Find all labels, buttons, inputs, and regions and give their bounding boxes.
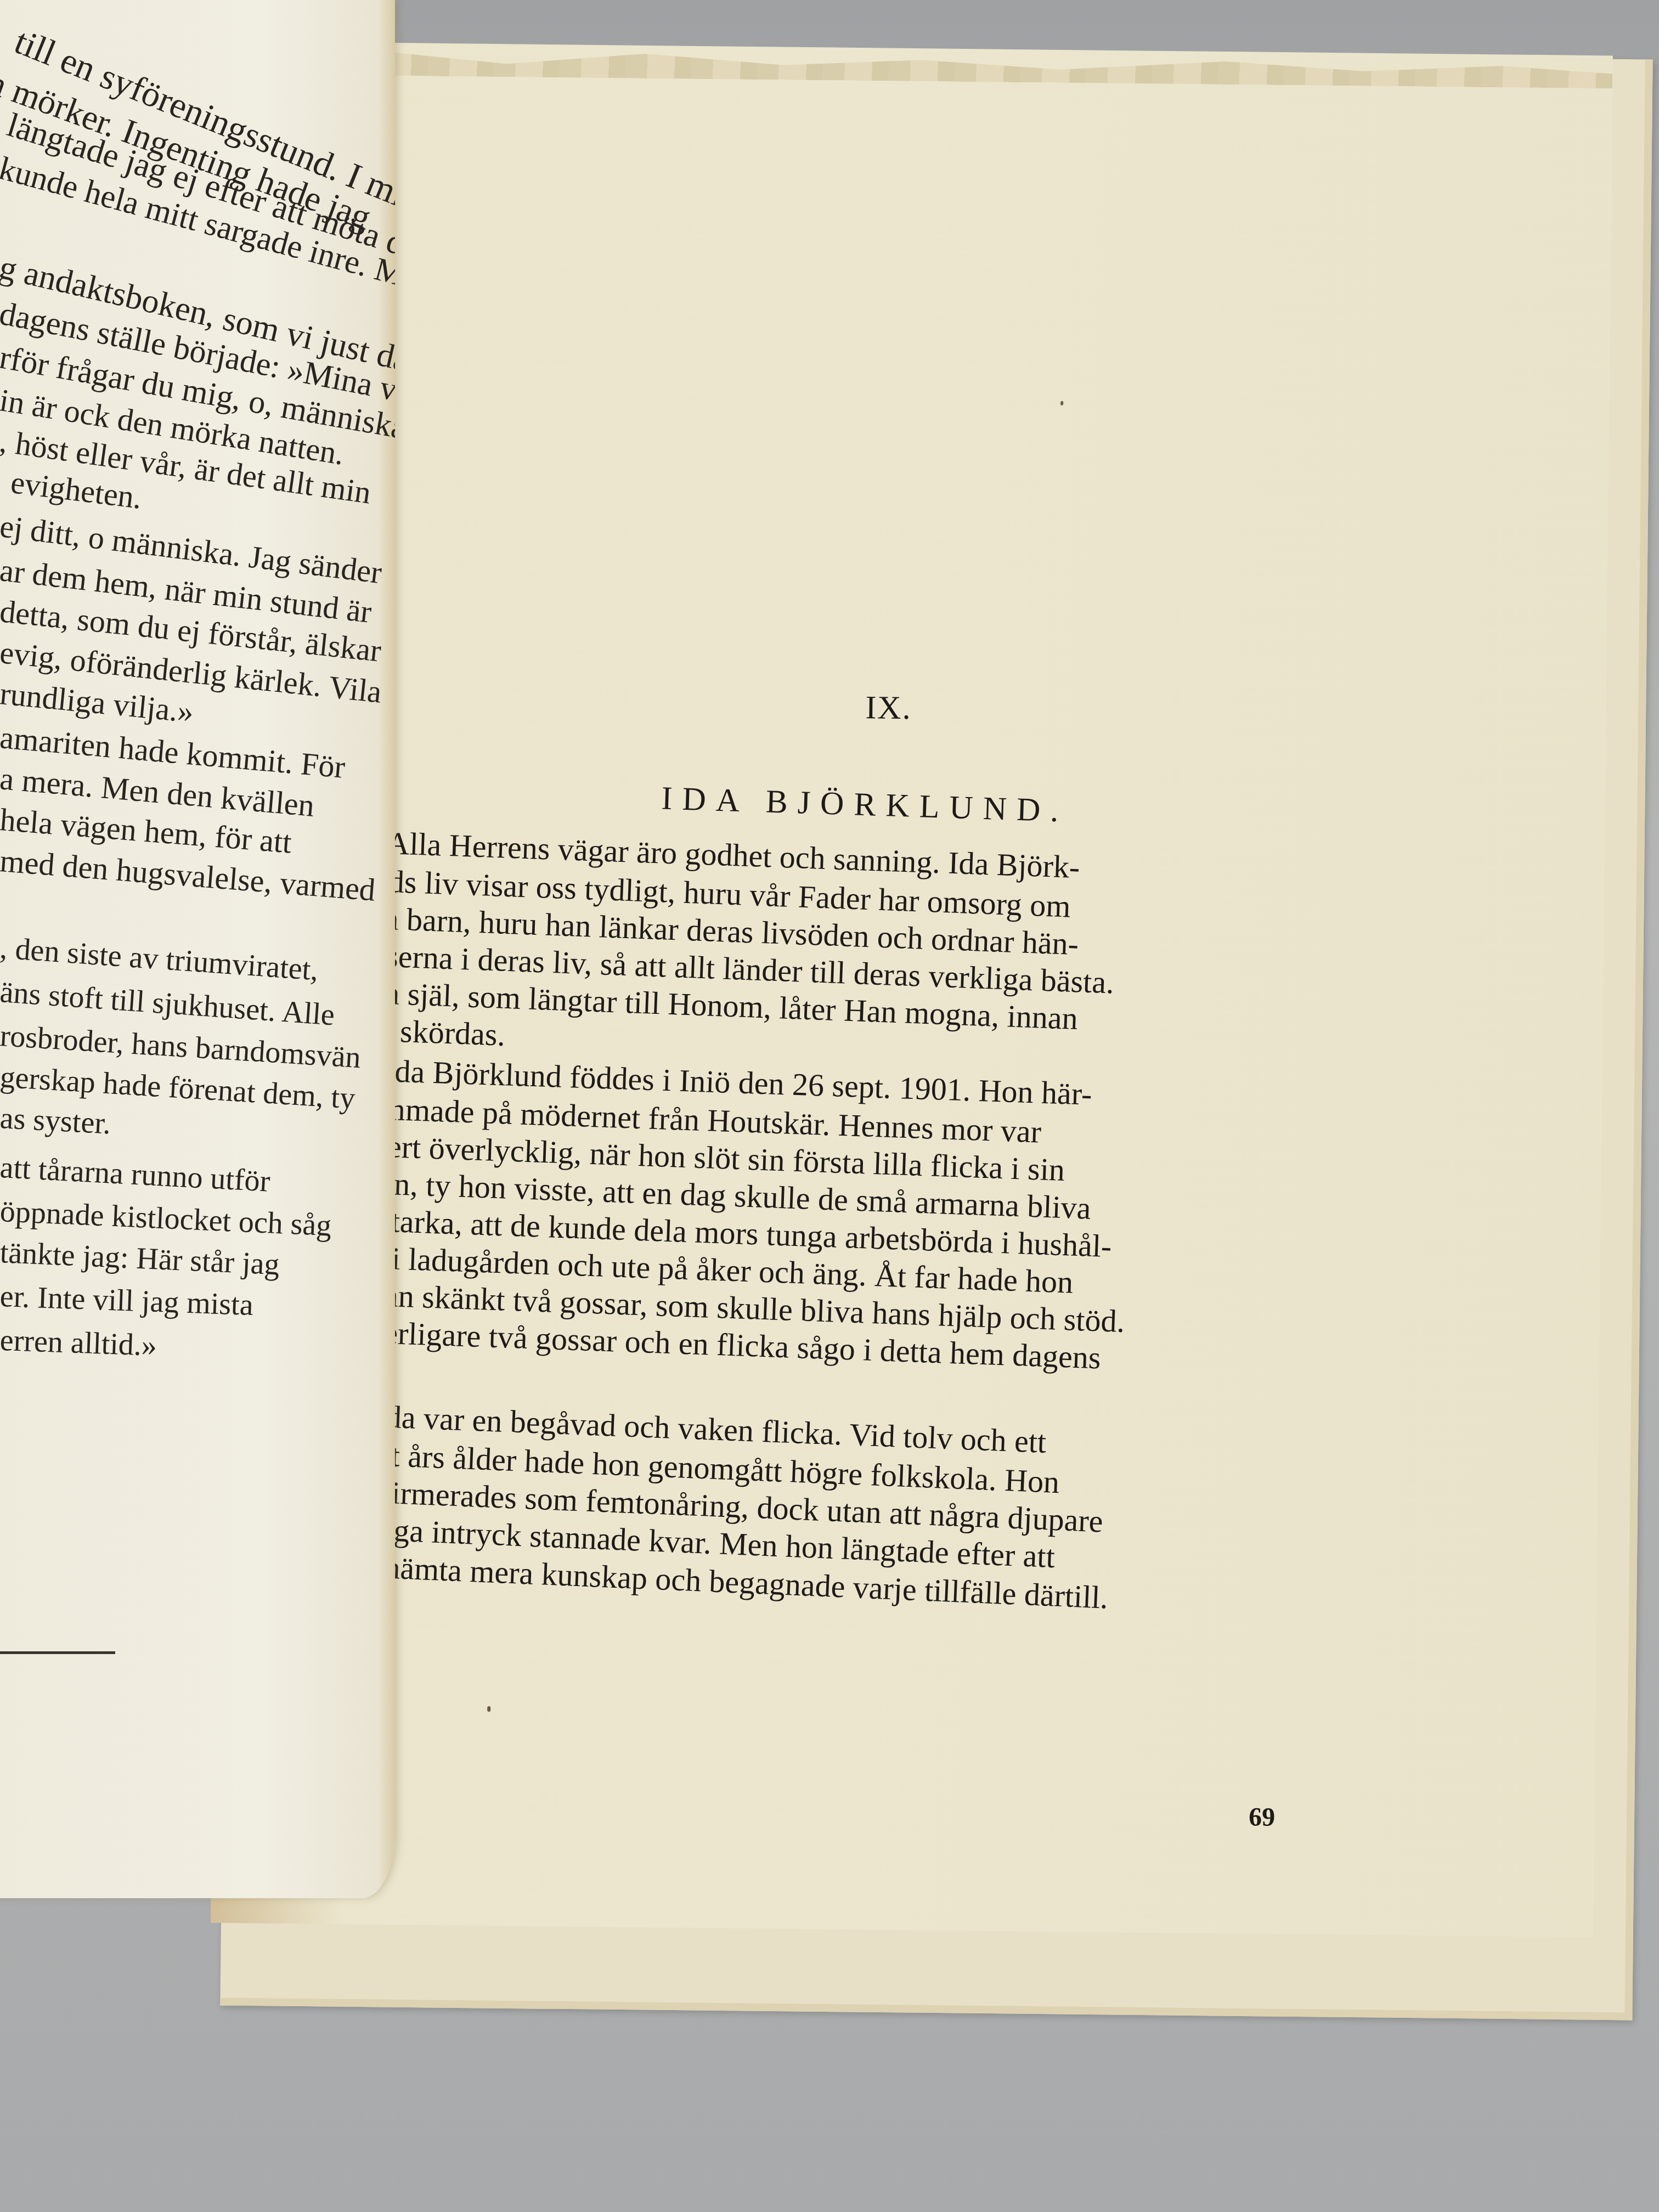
left-page-line: tänkte jag: Här står jag bbox=[0, 1237, 280, 1280]
left-page-line: er. Inte vill jag mista bbox=[0, 1281, 254, 1321]
left-page: till en syföreningsstund. I min h mörker… bbox=[0, 0, 395, 1898]
left-page-line: erren alltid.» bbox=[0, 1325, 157, 1361]
section-divider-rule bbox=[0, 1651, 115, 1654]
left-page-line: öppnade kistlocket och såg bbox=[0, 1196, 332, 1241]
paper-speck bbox=[487, 1706, 490, 1712]
left-page-line: med den hugsvalelse, varmed bbox=[0, 845, 376, 906]
chapter-title: IDA BJÖRKLUND. bbox=[661, 780, 1069, 830]
left-page-text: till en syföreningsstund. I min h mörker… bbox=[0, 0, 384, 1898]
paper-speck bbox=[1060, 401, 1063, 405]
chapter-number: IX. bbox=[865, 689, 912, 727]
left-page-line: att tårarna runno utför bbox=[0, 1152, 271, 1197]
right-page: IX. IDA BJÖRKLUND. Alla Herrens vägar är… bbox=[211, 41, 1613, 1937]
page-number: 69 bbox=[1249, 1802, 1276, 1832]
left-page-line: as syster. bbox=[0, 1103, 111, 1139]
right-page-content: IX. IDA BJÖRKLUND. Alla Herrens vägar är… bbox=[211, 41, 1613, 1937]
